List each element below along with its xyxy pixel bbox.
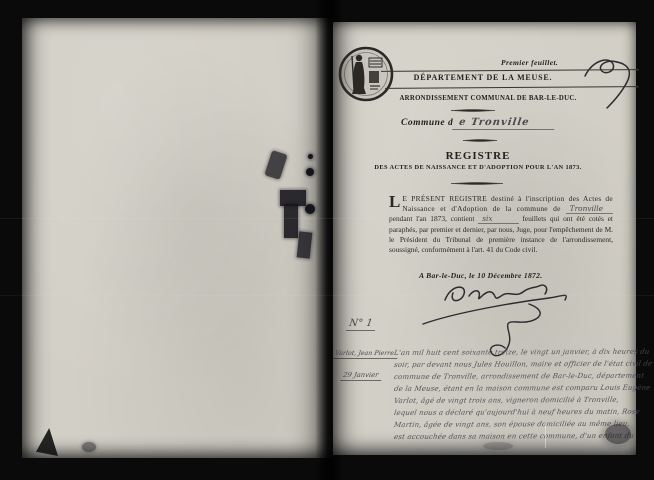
film-scratch (0, 295, 654, 296)
declaration-paragraph: LE PRÉSENT REGISTRE destiné à l'inscript… (389, 194, 613, 255)
ink-dot (308, 154, 313, 159)
ornament-divider (451, 109, 495, 112)
page-edge-smudge (82, 442, 96, 452)
act-text-line: Varlot, âgé de vingt trois ans, vigneron… (393, 395, 647, 408)
page-tear-mark (36, 428, 58, 456)
act-text-line: soir, par devant nous Jules Houillon, ma… (393, 359, 647, 372)
ornament-divider (463, 139, 497, 142)
handwritten-count-insert: six (478, 214, 518, 224)
act-text-line: de la Meuse, étant en la maison commune … (393, 383, 647, 396)
register-subtitle: DES ACTES DE NAISSANCE ET D'ADOPTION POU… (333, 164, 623, 171)
ink-dot (306, 168, 314, 176)
microfilm-frame: Premier feuillet. DÉPARTEMENT DE LA MEUS… (0, 0, 654, 480)
right-page: Premier feuillet. DÉPARTEMENT DE LA MEUS… (333, 22, 636, 455)
commune-printed-label: Commune d (401, 118, 453, 128)
act-text-line: lequel nous a déclaré qu'aujourd'hui à n… (393, 407, 647, 420)
film-scratch (545, 422, 546, 448)
ink-blot (297, 231, 313, 258)
ink-smudge (605, 424, 631, 444)
ornament-divider (451, 182, 503, 185)
ink-blot (284, 204, 298, 238)
department-heading: DÉPARTEMENT DE LA MEUSE. (393, 73, 573, 82)
act-text-line: commune de Tronville, arrondissement de … (393, 371, 647, 384)
act-text-line: L'an mil huit cent soixante treize, le v… (393, 347, 647, 360)
commune-line: Commune de Tronville (401, 117, 556, 130)
commune-handwritten-value: e Tronville (452, 117, 556, 130)
registrar-paraph-icon (579, 50, 641, 112)
ink-dot (305, 204, 315, 214)
sheet-label: Premier feuillet. (501, 58, 558, 67)
ink-blot (264, 150, 287, 180)
act-margin-name: Varlot, Jean Pierre (332, 350, 398, 359)
act-margin-date: 29 Janvier (340, 371, 383, 381)
register-title: REGISTRE (333, 150, 623, 162)
act-number: N° 1 (346, 318, 377, 331)
left-page (22, 18, 333, 458)
dropcap: L (389, 194, 400, 209)
arrondissement-heading: ARRONDISSEMENT COMMUNAL DE BAR-LE-DUC. (388, 95, 588, 102)
ink-smudge (483, 442, 513, 450)
handwritten-commune-insert: Tronville (566, 204, 613, 214)
film-scratch (0, 218, 654, 219)
